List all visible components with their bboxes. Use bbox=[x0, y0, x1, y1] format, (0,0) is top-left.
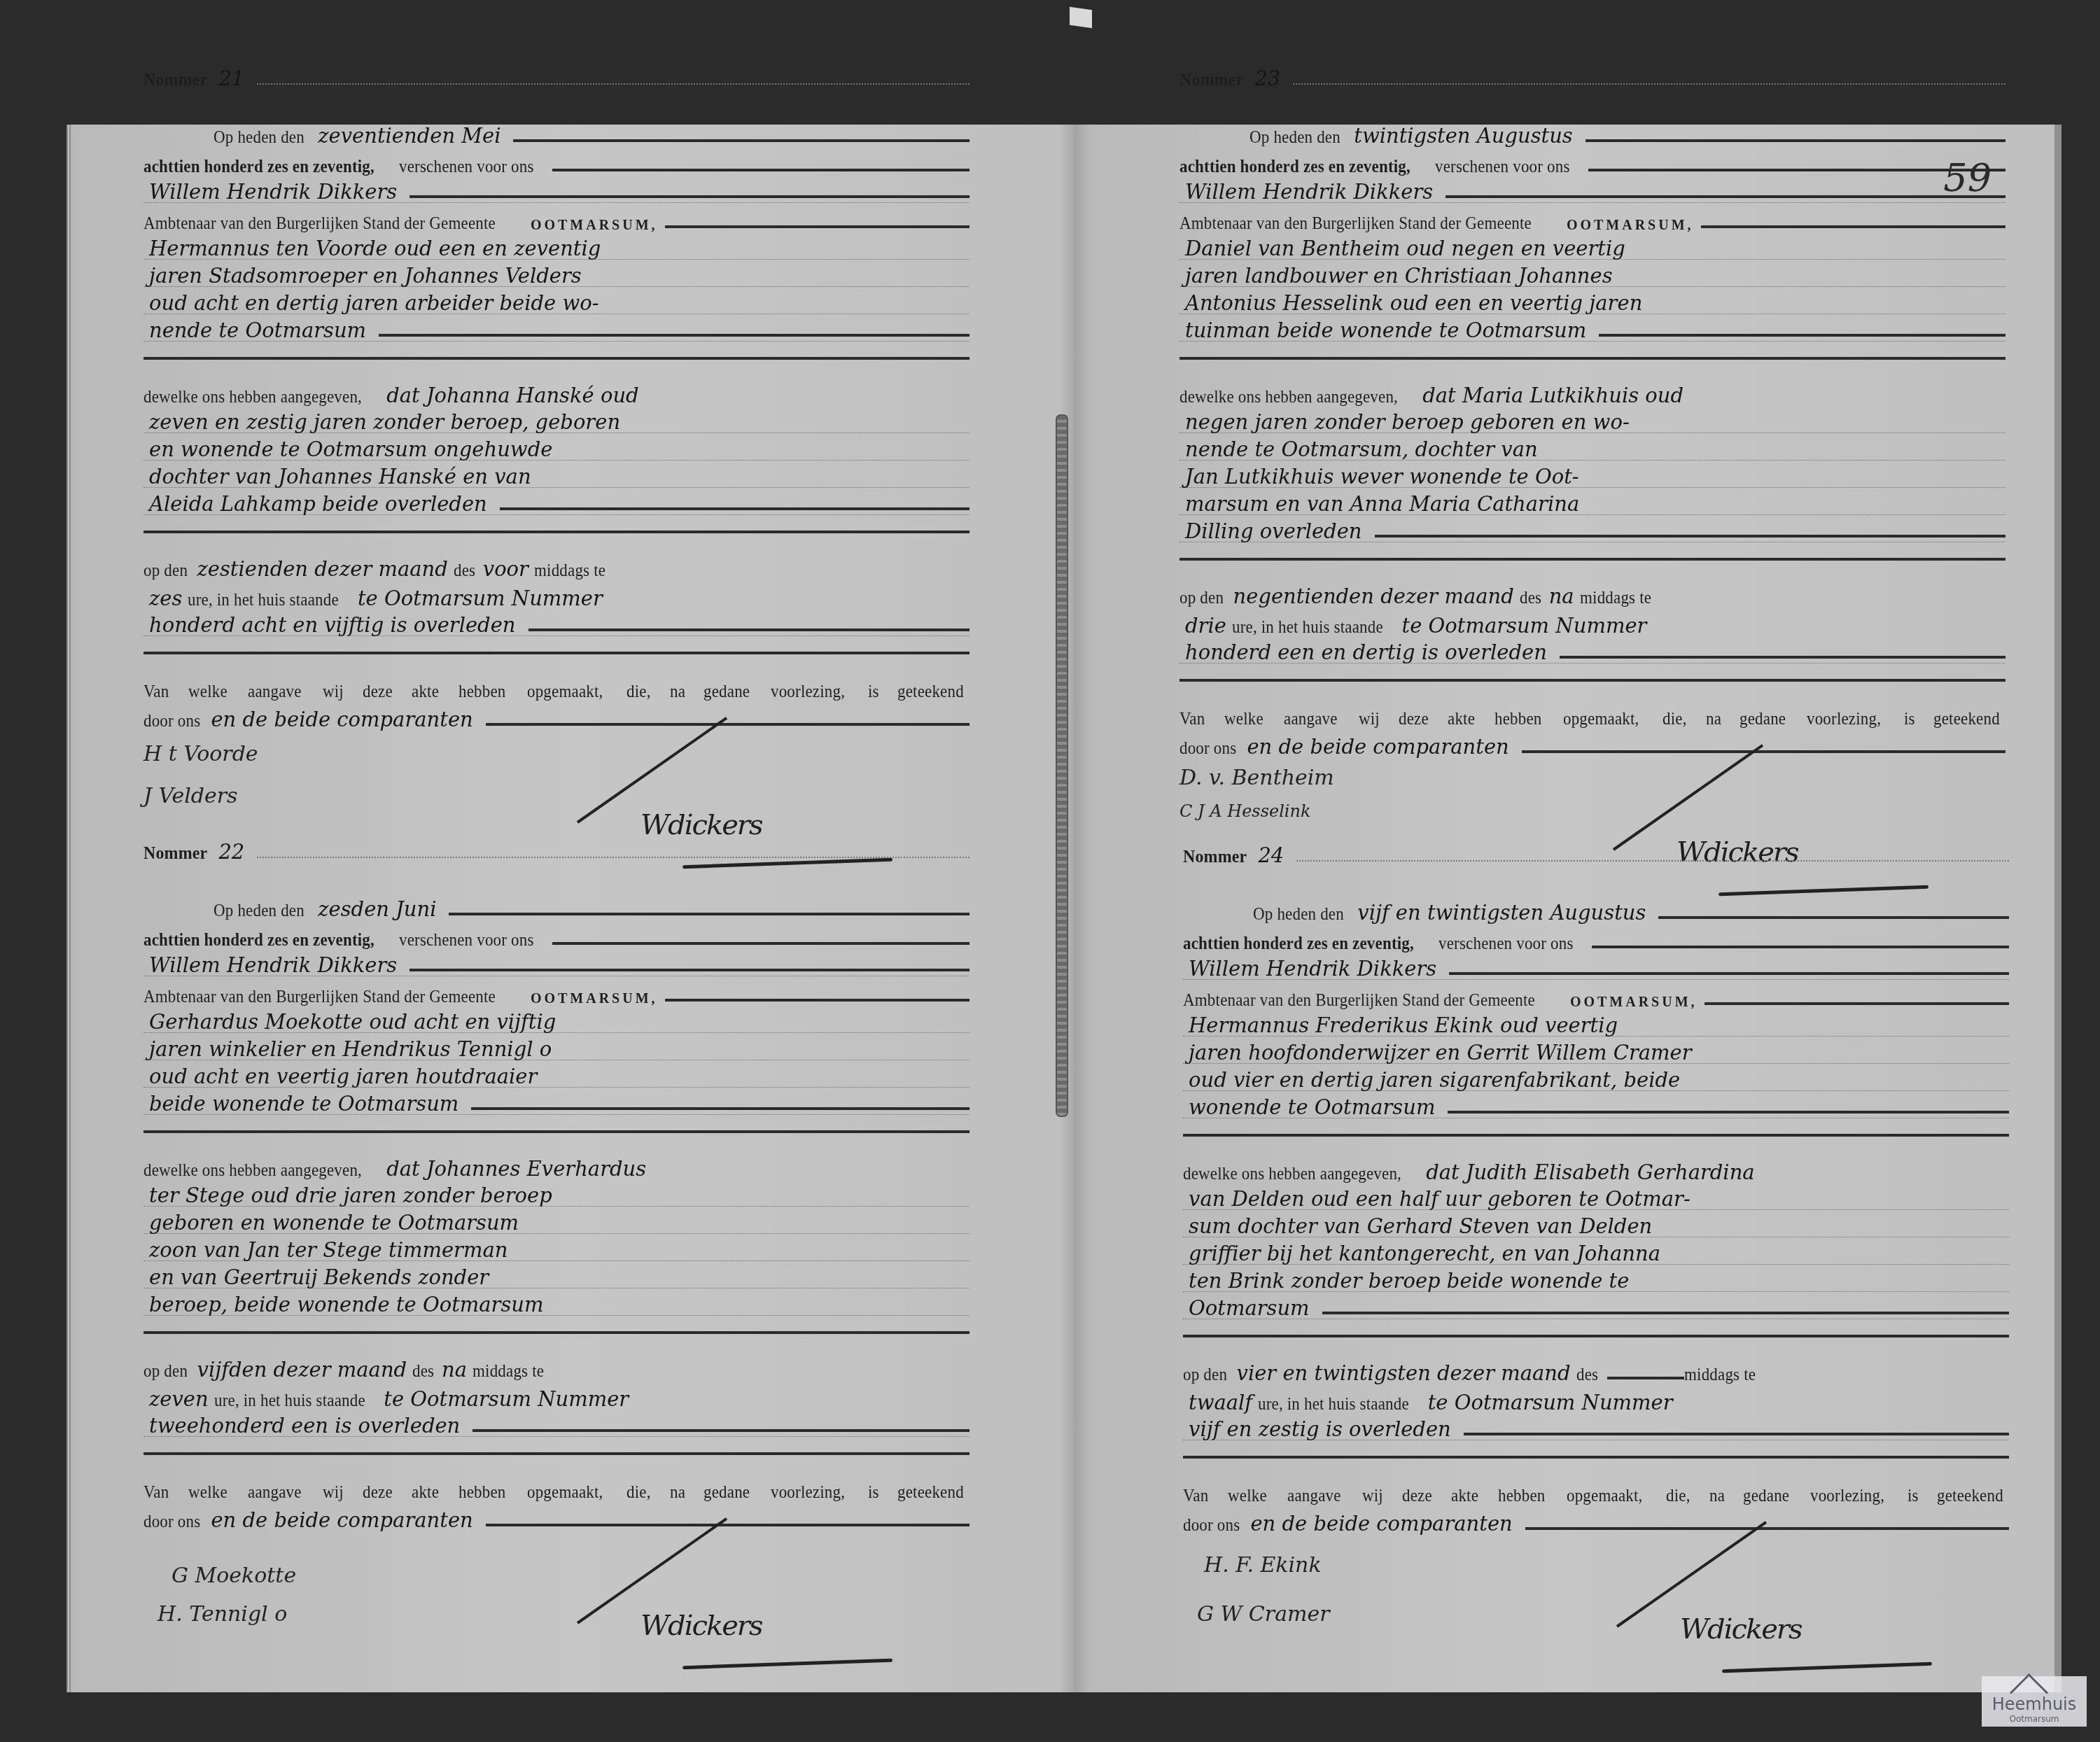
voor-na-middags: voor bbox=[477, 559, 534, 580]
death-place: te Ootmarsum Nummer bbox=[378, 1389, 634, 1410]
witness-signature: J Velders bbox=[143, 786, 238, 807]
witness-line: jaren landbouwer en Christiaan Johannes bbox=[1179, 266, 1618, 286]
witness-line: Antonius Hesselink oud een en veertig ja… bbox=[1179, 293, 1648, 314]
declaration-line: marsum en van Anna Maria Catharina bbox=[1179, 494, 1585, 514]
death-place: vijf en zestig is overleden bbox=[1183, 1419, 1457, 1440]
declaration-line: ten Brink zonder beroep beide wonende te bbox=[1183, 1271, 1634, 1291]
witness-line: Hermannus Frederikus Ekink oud veertig bbox=[1183, 1016, 1623, 1036]
declaration-line: ter Stege oud drie jaren zonder beroep bbox=[143, 1186, 558, 1206]
official-name: Willem Hendrik Dikkers bbox=[143, 182, 402, 202]
record-number: 24 bbox=[1252, 845, 1289, 866]
witness-signature: G Moekotte bbox=[171, 1566, 296, 1587]
signed-by: en de beide comparanten bbox=[1245, 1514, 1518, 1534]
witness-signature: H. Tennigl o bbox=[157, 1604, 287, 1625]
signatures: H. F. Ekink G W Cramer Wdickers bbox=[1183, 1541, 2009, 1688]
death-place: tweehonderd een is overleden bbox=[143, 1416, 465, 1436]
municipality: OOTMARSUM, bbox=[1567, 218, 1694, 232]
witness-signature: C J A Hesselink bbox=[1179, 803, 1311, 820]
witness-line: beide wonende te Ootmarsum bbox=[143, 1094, 464, 1114]
record-number: 22 bbox=[213, 842, 250, 862]
binding-thread bbox=[1056, 414, 1068, 1117]
declaration-line: Jan Lutkikhuis wever wonende te Oot- bbox=[1179, 467, 1585, 487]
signatures: G Moekotte H. Tennigl o Wdickers bbox=[143, 1538, 969, 1685]
witness-line: Gerhardus Moekotte oud acht en vijftig bbox=[143, 1012, 561, 1032]
date-row: Op heden den zeventienden Mei bbox=[143, 117, 969, 146]
declaration-line: dat Judith Elisabeth Gerhardina bbox=[1420, 1162, 1760, 1183]
death-record-22: Nommer22 Op heden denzesden Juni achttie… bbox=[143, 833, 969, 1685]
archive-watermark: Heemhuis Ootmarsum bbox=[1982, 1676, 2087, 1727]
declaration-line: negen jaren zonder beroep geboren en wo- bbox=[1179, 412, 1635, 433]
declaration-line: Ootmarsum bbox=[1183, 1298, 1315, 1319]
death-record-24: Nommer24 Op heden denvijf en twintigsten… bbox=[1183, 836, 2009, 1688]
declaration-line: Aleida Lahkamp beide overleden bbox=[143, 494, 493, 514]
death-day: negentienden dezer maand bbox=[1228, 586, 1520, 607]
death-day: vier en twintigsten dezer maand bbox=[1231, 1363, 1576, 1384]
scanner-tab-artifact bbox=[1070, 7, 1092, 28]
voor-na-middags: na bbox=[1543, 586, 1580, 607]
witness-line: oud vier en dertig jaren sigarenfabrikan… bbox=[1183, 1070, 1686, 1090]
watermark-name: Heemhuis bbox=[1982, 1694, 2087, 1714]
witness-line: Hermannus ten Voorde oud een en zeventig bbox=[143, 239, 606, 259]
death-day: zestienden dezer maand bbox=[192, 559, 454, 580]
death-hour: zes bbox=[143, 589, 188, 609]
record-number-row: Nommer 21 bbox=[143, 59, 969, 89]
witness-line: nende te Ootmarsum bbox=[143, 321, 372, 341]
death-record-23: Nommer23 Op heden dentwintigsten Augustu… bbox=[1179, 59, 2005, 911]
record-date: zeventienden Mei bbox=[312, 126, 506, 146]
declaration-line: griffier bij het kantongerecht, en van J… bbox=[1183, 1244, 1666, 1264]
official-name: Willem Hendrik Dikkers bbox=[143, 955, 402, 976]
record-date: twintigsten Augustus bbox=[1348, 126, 1578, 146]
death-place: honderd een en dertig is overleden bbox=[1179, 642, 1553, 663]
declaration-line: zeven en zestig jaren zonder beroep, geb… bbox=[143, 412, 626, 433]
witness-signature: D. v. Bentheim bbox=[1179, 768, 1334, 789]
witness-line: oud acht en veertig jaren houtdraaier bbox=[143, 1067, 542, 1087]
record-number: 23 bbox=[1249, 69, 1286, 89]
witness-signature: H. F. Ekink bbox=[1204, 1555, 1322, 1576]
declaration-line: en wonende te Ootmarsum ongehuwde bbox=[143, 440, 558, 460]
declaration-line: dat Johanna Hanské oud bbox=[381, 386, 644, 406]
witness-signature: G W Cramer bbox=[1197, 1604, 1330, 1625]
declaration-line: dat Maria Lutkikhuis oud bbox=[1417, 386, 1689, 406]
death-place: te Ootmarsum Nummer bbox=[352, 589, 608, 609]
witness-line: jaren Stadsomroeper en Johannes Velders bbox=[143, 266, 587, 286]
death-place: te Ootmarsum Nummer bbox=[1396, 616, 1652, 636]
declaration-line: geboren en wonende te Ootmarsum bbox=[143, 1213, 524, 1233]
declaration-line: zoon van Jan ter Stege timmerman bbox=[143, 1240, 513, 1260]
signed-by: en de beide comparanten bbox=[205, 710, 478, 730]
record-number: 21 bbox=[213, 69, 250, 89]
record-date: zesden Juni bbox=[312, 899, 442, 920]
declaration-line: en van Geertruij Bekends zonder bbox=[143, 1267, 494, 1288]
municipality: OOTMARSUM, bbox=[531, 992, 658, 1006]
watermark-place: Ootmarsum bbox=[1982, 1714, 2087, 1724]
death-hour: twaalf bbox=[1183, 1393, 1258, 1413]
witness-line: wonende te Ootmarsum bbox=[1183, 1097, 1441, 1118]
signed-by: en de beide comparanten bbox=[1241, 737, 1514, 757]
death-day: vijfden dezer maand bbox=[192, 1360, 413, 1380]
declaration-line: dochter van Johannes Hanské en van bbox=[143, 467, 537, 487]
death-hour: zeven bbox=[143, 1389, 214, 1410]
witness-signature: H t Voorde bbox=[143, 744, 258, 765]
declaration-line: dat Johannes Everhardus bbox=[381, 1159, 652, 1179]
signed-by: en de beide comparanten bbox=[205, 1510, 478, 1531]
death-record-21: Nommer 21 Op heden den zeventienden Mei … bbox=[143, 59, 969, 884]
witness-line: Daniel van Bentheim oud negen en veertig bbox=[1179, 239, 1631, 259]
official-signature: Wdickers bbox=[1603, 1583, 1939, 1667]
declaration-line: sum dochter van Gerhard Steven van Delde… bbox=[1183, 1216, 1658, 1237]
official-name: Willem Hendrik Dikkers bbox=[1179, 182, 1438, 202]
official-name: Willem Hendrik Dikkers bbox=[1183, 959, 1442, 979]
witness-line: oud acht en dertig jaren arbeider beide … bbox=[143, 293, 605, 314]
municipality: OOTMARSUM, bbox=[531, 218, 658, 232]
municipality: OOTMARSUM, bbox=[1570, 995, 1697, 1009]
witness-line: tuinman beide wonende te Ootmarsum bbox=[1179, 321, 1592, 341]
official-signature: Wdickers bbox=[563, 1580, 899, 1664]
record-date: vijf en twintigsten Augustus bbox=[1352, 903, 1651, 923]
declaration-line: Dilling overleden bbox=[1179, 521, 1368, 542]
declaration-line: van Delden oud een half uur geboren te O… bbox=[1183, 1189, 1696, 1209]
declaration-line: beroep, beide wonende te Ootmarsum bbox=[143, 1295, 549, 1315]
death-hour: drie bbox=[1179, 616, 1232, 636]
death-place: te Ootmarsum Nummer bbox=[1422, 1393, 1679, 1413]
death-place: honderd acht en vijftig is overleden bbox=[143, 615, 521, 635]
witness-line: jaren hoofdonderwijzer en Gerrit Willem … bbox=[1183, 1043, 1697, 1063]
witness-line: jaren winkelier en Hendrikus Tennigl o bbox=[143, 1039, 557, 1060]
voor-na-middags: na bbox=[436, 1360, 472, 1380]
declaration-line: nende te Ootmarsum, dochter van bbox=[1179, 440, 1543, 460]
